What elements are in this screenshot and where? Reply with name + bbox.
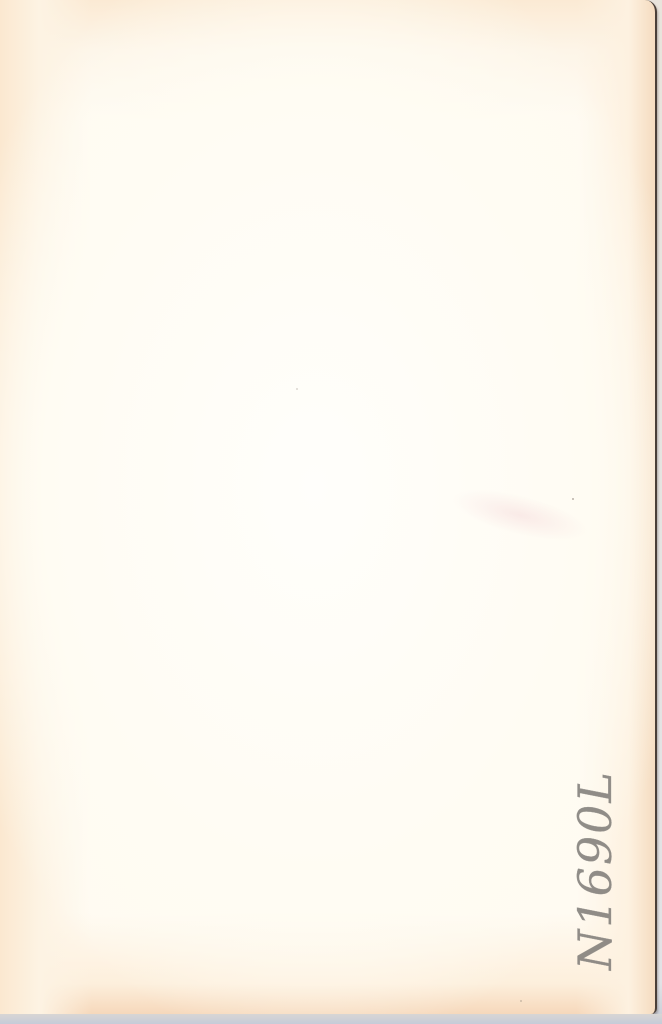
- scanner-bed-edge: [0, 1014, 662, 1024]
- paper-speck: [296, 388, 298, 390]
- handwritten-inscription: N1690L: [568, 770, 622, 970]
- paper-speck: [520, 1000, 522, 1002]
- card-back: N1690L: [0, 0, 657, 1014]
- paper-speck: [572, 498, 574, 500]
- pink-smudge: [447, 479, 593, 552]
